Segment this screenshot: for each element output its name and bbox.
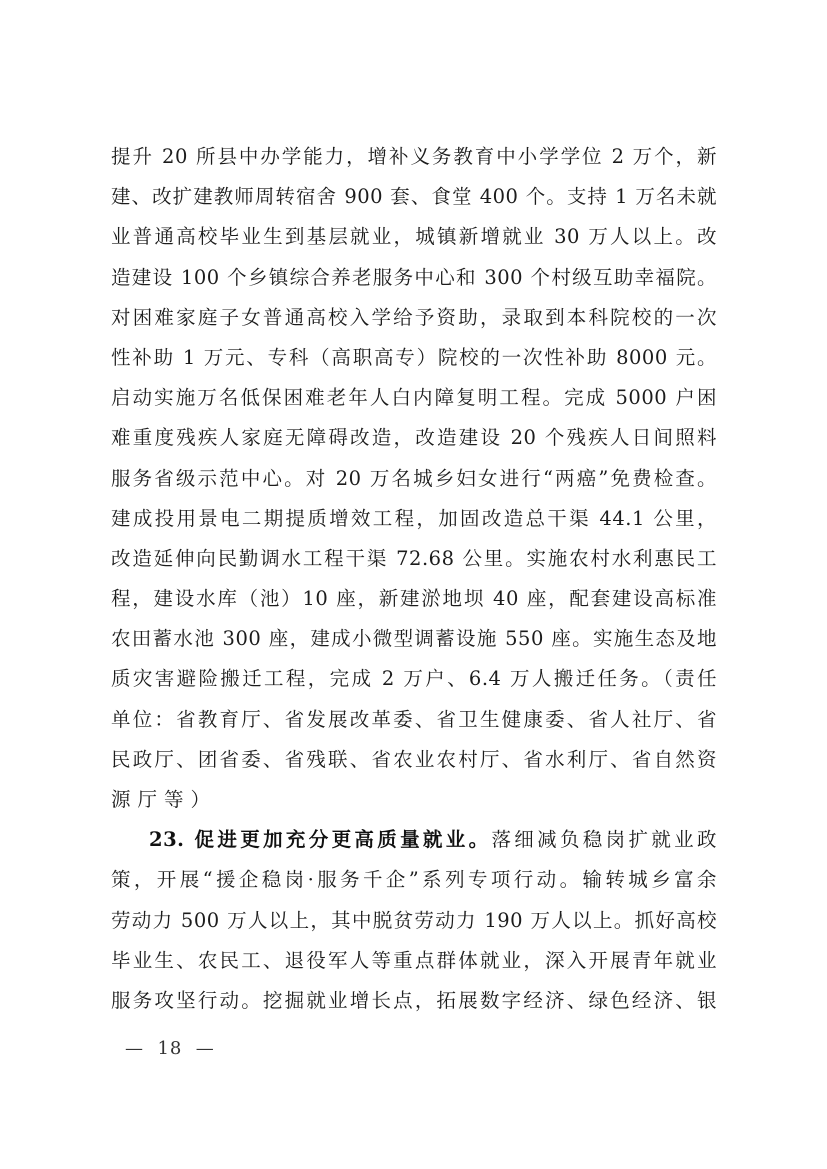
section-23-first-line: 23. 促进更加充分更高质量就业。落细减负稳岗扩就业政 — [111, 820, 717, 860]
text-line: 毕业生、农民工、退役军人等重点群体就业，深入开展青年就业 — [111, 941, 717, 981]
text-line: 服务攻坚行动。挖掘就业增长点，拓展数字经济、绿色经济、银 — [111, 981, 717, 1021]
page-number: — 18 — — [125, 1038, 215, 1059]
text-line: 难重度残疾人家庭无障碍改造，改造建设 20 个残疾人日间照料 — [111, 418, 717, 458]
text-line-paragraph-end: 源厅等） — [111, 780, 717, 820]
text-line: 程，建设水库（池）10 座，新建淤地坝 40 座，配套建设高标准 — [111, 579, 717, 619]
text-line: 提升 20 所县中办学能力，增补义务教育中小学学位 2 万个，新 — [111, 137, 717, 177]
text-line: 农田蓄水池 300 座，建成小微型调蓄设施 550 座。实施生态及地 — [111, 619, 717, 659]
text-line: 质灾害避险搬迁工程，完成 2 万户、6.4 万人搬迁任务。（责任 — [111, 659, 717, 699]
text-line: 改造延伸向民勤调水工程干渠 72.68 公里。实施农村水利惠民工 — [111, 539, 717, 579]
document-page: 提升 20 所县中办学能力，增补义务教育中小学学位 2 万个，新 建、改扩建教师… — [0, 0, 827, 1169]
text-line: 业普通高校毕业生到基层就业，城镇新增就业 30 万人以上。改 — [111, 217, 717, 257]
text-line: 对困难家庭子女普通高校入学给予资助，录取到本科院校的一次 — [111, 298, 717, 338]
text-line: 劳动力 500 万人以上，其中脱贫劳动力 190 万人以上。抓好高校 — [111, 901, 717, 941]
section-heading: 23. 促进更加充分更高质量就业。 — [149, 828, 491, 851]
body-text: 提升 20 所县中办学能力，增补义务教育中小学学位 2 万个，新 建、改扩建教师… — [111, 137, 717, 1021]
text-line: 服务省级示范中心。对 20 万名城乡妇女进行“两癌”免费检查。 — [111, 459, 717, 499]
text-line: 启动实施万名低保困难老年人白内障复明工程。完成 5000 户困 — [111, 378, 717, 418]
section-text: 落细减负稳岗扩就业政 — [491, 828, 717, 851]
text-line: 民政厅、团省委、省残联、省农业农村厅、省水利厅、省自然资 — [111, 740, 717, 780]
text-line: 策，开展“援企稳岗·服务千企”系列专项行动。输转城乡富余 — [111, 860, 717, 900]
text-line: 性补助 1 万元、专科（高职高专）院校的一次性补助 8000 元。 — [111, 338, 717, 378]
text-line: 建成投用景电二期提质增效工程，加固改造总干渠 44.1 公里， — [111, 499, 717, 539]
text-line: 单位：省教育厅、省发展改革委、省卫生健康委、省人社厅、省 — [111, 700, 717, 740]
text-line: 建、改扩建教师周转宿舍 900 套、食堂 400 个。支持 1 万名未就 — [111, 177, 717, 217]
text-line: 造建设 100 个乡镇综合养老服务中心和 300 个村级互助幸福院。 — [111, 258, 717, 298]
